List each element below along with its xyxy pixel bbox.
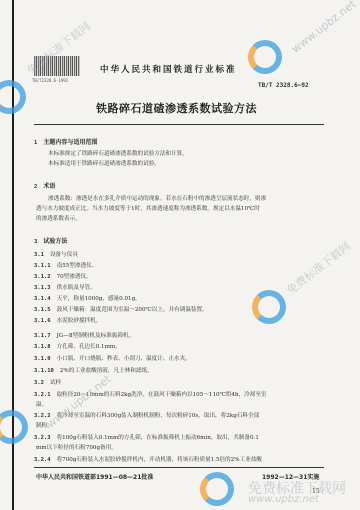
footer-divider bbox=[34, 467, 324, 468]
watermark-url-large: www.upbz.net bbox=[248, 494, 319, 505]
paragraph: 渗透系数：渗透是水在多孔介质中运动的现象。若水在石粉中的渗透呈层流状态时，则渗 bbox=[48, 196, 266, 203]
section-heading-2: 2术语 bbox=[34, 183, 55, 191]
standard-number: TB/T 2328.6—92 bbox=[258, 82, 309, 89]
watermark-text: www.upbz.net bbox=[289, 0, 358, 56]
paragraph: mm以下粒径的石粉700g备用。 bbox=[36, 445, 117, 452]
paragraph: 本标准规定了铁路碎石道碴渗透系数的试验方法和计算。 bbox=[48, 151, 188, 158]
document-page: TB/T2328.6-1992 中华人民共和国铁道行业标准 TB/T 2328.… bbox=[0, 0, 360, 510]
list-item: 3.2.3将100g石粉装入0.1mm的方孔筛，在标准振筛机上振动6min，取出… bbox=[34, 435, 259, 442]
list-item: 3.1.3供水瓶及导管。 bbox=[34, 285, 96, 292]
industry-standard-title: 中华人民共和国铁道行业标准 bbox=[100, 63, 237, 75]
paragraph: 温。 bbox=[36, 402, 47, 409]
barcode-text: TB/T2328.6-1992 bbox=[32, 78, 68, 83]
list-item: 3.1.1南55型渗透仪。 bbox=[34, 263, 97, 270]
list-item: 3.1.5鼓风干燥箱：温度范围为室温～200℃以上，并有调温装置。 bbox=[34, 307, 208, 314]
list-item: 3.1.7JG—Ⅱ型制粉机及标准振筛机。 bbox=[34, 333, 134, 340]
watermark-logo-icon bbox=[200, 472, 234, 506]
barcode-image bbox=[34, 56, 80, 76]
list-item: 3.1.6水泥胶砂搅拌机。 bbox=[34, 318, 101, 325]
watermark-logo-icon bbox=[0, 410, 28, 444]
section-heading-1: 1主题内容与适用范围 bbox=[34, 139, 97, 147]
paragraph: 本标准适用于铁路碎石道碴渗透系数的试验。 bbox=[48, 161, 160, 168]
watermark-text: 免费标准下载网 bbox=[283, 238, 354, 298]
list-item: 3.1.102%的工业盐酸溶液，凡士林和滤纸。 bbox=[34, 368, 153, 375]
list-item: 3.1.9小口瓶、开口烧瓶、秒表、小刮刀、温度计、止水夹。 bbox=[34, 356, 191, 363]
list-item: 3.2.2将冷却至室温的石料300g装入制粉机制粉，每次粉碎10s，取出，将2k… bbox=[34, 413, 259, 420]
watermark-logo-icon bbox=[252, 290, 286, 324]
title-divider bbox=[34, 124, 324, 125]
list-item: 3.1.270型渗透仪。 bbox=[34, 274, 92, 281]
document-title: 铁路碎石道碴渗透系数试验方法 bbox=[96, 100, 257, 116]
list-item: 3.2.1取粒径20～10mm的石料2kg洗净，在鼓风干燥箱内以105～110℃… bbox=[34, 392, 267, 399]
binding-line bbox=[12, 0, 14, 510]
paragraph: 透与水力坡度成正比。当水力坡度等于1时，其渗透速度称为渗透系数。规定以水温10℃… bbox=[36, 206, 260, 213]
watermark-logo-icon bbox=[248, 40, 282, 74]
list-item: 3.1设备与仪具 bbox=[34, 252, 78, 259]
list-item: 3.1.4天平，称量1000g，感量0.01g。 bbox=[34, 296, 141, 303]
approval-date: 中华人民共和国铁道部1991—08—21批准 bbox=[36, 472, 153, 481]
list-item: 3.1.8方孔筛，孔边长0.1mm。 bbox=[34, 344, 121, 351]
list-item: 3.2.4将700g石粉装入水泥胶砂搅拌机内，开动机器，将该石粉质量1.5倍的2… bbox=[34, 457, 262, 464]
list-item: 3.2试样 bbox=[34, 380, 61, 387]
paragraph: 的渗透系数表示。 bbox=[36, 216, 81, 223]
paragraph: 制粉。 bbox=[36, 423, 53, 430]
section-heading-3: 3试验方法 bbox=[34, 238, 67, 246]
